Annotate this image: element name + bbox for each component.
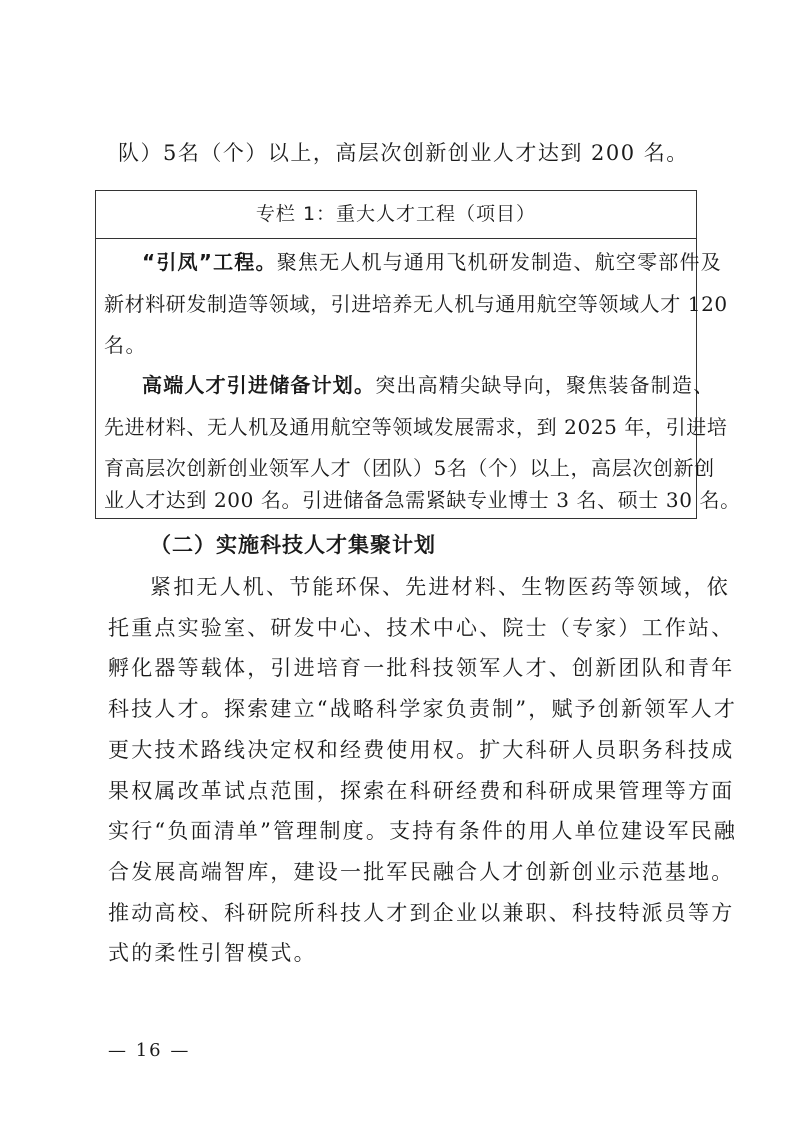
section-para-line: 实行“负面清单”管理制度。支持有条件的用人单位建设军民融: [108, 817, 737, 845]
section-para-line: 孵化器等载体，引进培育一批科技领军人才、创新团队和青年: [108, 654, 734, 682]
box-item2-line2: 先进材料、无人机及通用航空等领域发展需求，到 2025 年，引进培: [104, 413, 727, 441]
box-item2-line1: 高端人才引进储备计划。突出高精尖缺导向，聚焦装备制造、: [142, 371, 714, 399]
section-heading: （二）实施科技人才集聚计划: [150, 531, 436, 559]
document-page: 队）5名（个）以上，高层次创新创业人才达到 200 名。 专栏 1：重大人才工程…: [0, 0, 793, 1122]
box-item2-title: 高端人才引进储备计划。: [142, 373, 375, 397]
box-item1-line1: “引凤”工程。聚焦无人机与通用飞机研发制造、航空零部件及: [142, 248, 722, 276]
section-para-line: 推动高校、科研院所科技人才到企业以兼职、科技特派员等方: [108, 899, 734, 927]
box-item2-text-1: 突出高精尖缺导向，聚焦装备制造、: [375, 373, 714, 397]
section-para-line: 紧扣无人机、节能环保、先进材料、生物医药等领域，依: [150, 573, 730, 601]
section-para-line: 托重点实验室、研发中心、技术中心、院士（专家）工作站、: [108, 614, 734, 642]
box-item2-line4: 业人才达到 200 名。引进储备急需紧缺专业博士 3 名、硕士 30 名。: [104, 486, 741, 514]
box-item2-line3: 育高层次创新创业领军人才（团队）5名（个）以上，高层次创新创: [104, 454, 715, 482]
box-title: 专栏 1：重大人才工程（项目）: [96, 191, 696, 239]
section-para-line: 式的柔性引智模式。: [108, 939, 317, 967]
box-item1-line2: 新材料研发制造等领域，引进培养无人机与通用航空等领域人才 120: [104, 290, 728, 318]
section-para-line: 科技人才。探索建立“战略科学家负责制”，赋予创新领军人才: [108, 695, 737, 723]
section-para-line: 合发展高端智库，建设一批军民融合人才创新创业示范基地。: [108, 858, 734, 886]
box-item1-text-1: 聚焦无人机与通用飞机研发制造、航空零部件及: [277, 250, 722, 274]
box-item1-line3: 名。: [104, 331, 147, 359]
section-para-line: 更大技术路线决定权和经费使用权。扩大科研人员职务科技成: [108, 736, 734, 764]
section-para-line: 果权属改革试点范围，探索在科研经费和科研成果管理等方面: [108, 777, 734, 805]
box-item1-title: “引凤”工程。: [142, 250, 277, 274]
continuation-text: 队）5名（个）以上，高层次创新创业人才达到 200 名。: [118, 139, 689, 167]
page-number: — 16 —: [108, 1040, 190, 1062]
